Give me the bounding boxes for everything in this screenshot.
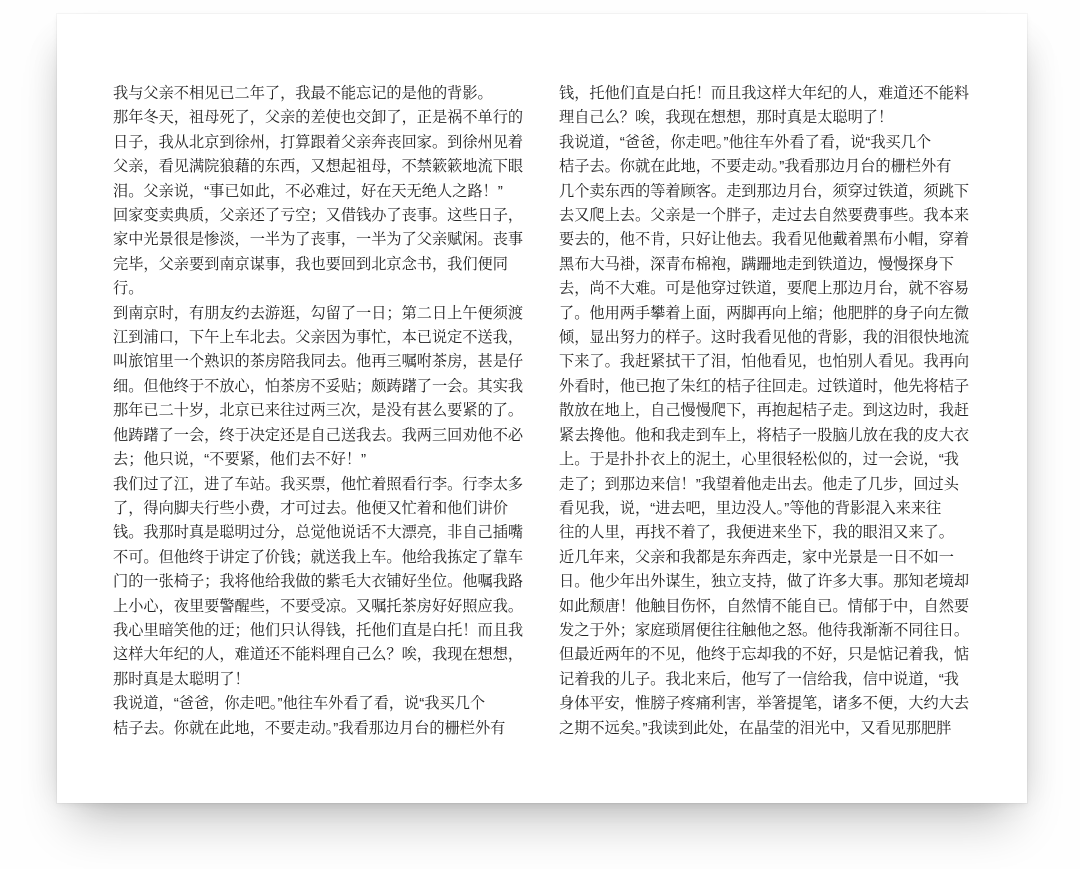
text-line: 散放在地上，自己慢慢爬下，再抱起桔子走。到这边时，我赶 xyxy=(559,399,971,423)
text-line: 我心里暗笑他的迂；他们只认得钱，托他们直是白托！而且我 xyxy=(113,619,525,643)
text-line: 我与父亲不相见已二年了，我最不能忘记的是他的背影。 xyxy=(113,82,525,106)
document-page: 我与父亲不相见已二年了，我最不能忘记的是他的背影。那年冬天，祖母死了，父亲的差使… xyxy=(57,14,1027,803)
text-line: 那时真是太聪明了！ xyxy=(113,668,525,692)
text-line: 细。但他终于不放心，怕茶房不妥贴；颇踌躇了一会。其实我 xyxy=(113,375,525,399)
text-line: 理自己么？唉，我现在想想，那时真是太聪明了！ xyxy=(559,106,971,130)
text-line: 行。 xyxy=(113,277,525,301)
text-line: 日。他少年出外谋生，独立支持，做了许多大事。那知老境却 xyxy=(559,570,971,594)
text-line: 身体平安，惟膀子疼痛利害，举箸提笔，诸多不便，大约大去 xyxy=(559,692,971,716)
text-line: 上。于是扑扑衣上的泥土，心里很轻松似的，过一会说，“我 xyxy=(559,448,971,472)
text-line: 到南京时，有朋友约去游逛，勾留了一日；第二日上午便须渡 xyxy=(113,302,525,326)
text-line: 走了；到那边来信！”我望着他走出去。他走了几步，回过头 xyxy=(559,473,971,497)
text-line: 不可。但他终于讲定了价钱；就送我上车。他给我拣定了靠车 xyxy=(113,546,525,570)
text-line: 回家变卖典质，父亲还了亏空；又借钱办了丧事。这些日子， xyxy=(113,204,525,228)
text-line: 如此颓唐！他触目伤怀，自然情不能自已。情郁于中，自然要 xyxy=(559,595,971,619)
text-line: 紧去搀他。他和我走到车上，将桔子一股脑儿放在我的皮大衣 xyxy=(559,424,971,448)
text-line: 泪。父亲说，“事已如此，不必难过，好在天无绝人之路！” xyxy=(113,180,525,204)
text-line: 日子，我从北京到徐州，打算跟着父亲奔丧回家。到徐州见着 xyxy=(113,131,525,155)
text-column-left: 我与父亲不相见已二年了，我最不能忘记的是他的背影。那年冬天，祖母死了，父亲的差使… xyxy=(113,82,525,803)
text-line: 我们过了江，进了车站。我买票，他忙着照看行李。行李太多 xyxy=(113,473,525,497)
text-line: 父亲，看见满院狼藉的东西，又想起祖母，不禁簌簌地流下眼 xyxy=(113,155,525,179)
text-line: 去；他只说，“不要紧，他们去不好！” xyxy=(113,448,525,472)
text-line: 那年已二十岁，北京已来往过两三次，是没有甚么要紧的了。 xyxy=(113,399,525,423)
text-line: 外看时，他已抱了朱红的桔子往回走。过铁道时，他先将桔子 xyxy=(559,375,971,399)
text-line: 倾，显出努力的样子。这时我看见他的背影，我的泪很快地流 xyxy=(559,326,971,350)
text-line: 黑布大马褂，深青布棉袍，蹒跚地走到铁道边，慢慢探身下 xyxy=(559,253,971,277)
text-line: 家中光景很是惨淡，一半为了丧事，一半为了父亲赋闲。丧事 xyxy=(113,228,525,252)
text-line: 去，尚不大难。可是他穿过铁道，要爬上那边月台，就不容易 xyxy=(559,277,971,301)
text-line: 几个卖东西的等着顾客。走到那边月台，须穿过铁道，须跳下 xyxy=(559,180,971,204)
canvas-background: 我与父亲不相见已二年了，我最不能忘记的是他的背影。那年冬天，祖母死了，父亲的差使… xyxy=(0,0,1080,869)
text-line: 要去的，他不肯，只好让他去。我看见他戴着黑布小帽，穿着 xyxy=(559,228,971,252)
text-line: 之期不远矣。”我读到此处，在晶莹的泪光中，又看见那肥胖 xyxy=(559,717,971,741)
text-line: 发之于外；家庭琐屑便往往触他之怒。他待我渐渐不同往日。 xyxy=(559,619,971,643)
text-line: 这样大年纪的人，难道还不能料理自己么？唉，我现在想想， xyxy=(113,643,525,667)
text-column-right: 钱，托他们直是白托！而且我这样大年纪的人，难道还不能料理自己么？唉，我现在想想，… xyxy=(559,82,971,803)
text-line: 往的人里，再找不着了，我便进来坐下，我的眼泪又来了。 xyxy=(559,521,971,545)
text-line: 了，得向脚夫行些小费，才可过去。他便又忙着和他们讲价 xyxy=(113,497,525,521)
text-line: 上小心，夜里要警醒些，不要受凉。又嘱托茶房好好照应我。 xyxy=(113,595,525,619)
text-line: 钱。我那时真是聪明过分，总觉他说话不大漂亮，非自己插嘴 xyxy=(113,521,525,545)
text-line: 去又爬上去。父亲是一个胖子，走过去自然要费事些。我本来 xyxy=(559,204,971,228)
text-line: 他踌躇了一会，终于决定还是自己送我去。我两三回劝他不必 xyxy=(113,424,525,448)
text-line: 完毕，父亲要到南京谋事，我也要回到北京念书，我们便同 xyxy=(113,253,525,277)
text-line: 江到浦口，下午上车北去。父亲因为事忙，本已说定不送我， xyxy=(113,326,525,350)
text-line: 门的一张椅子；我将他给我做的紫毛大衣铺好坐位。他嘱我路 xyxy=(113,570,525,594)
text-line: 我说道，“爸爸，你走吧。”他往车外看了看，说“我买几个 xyxy=(113,692,525,716)
text-line: 下来了。我赶紧拭干了泪，怕他看见，也怕别人看见。我再向 xyxy=(559,350,971,374)
text-line: 但最近两年的不见，他终于忘却我的不好，只是惦记着我，惦 xyxy=(559,643,971,667)
text-line: 看见我，说，“进去吧，里边没人。”等他的背影混入来来往 xyxy=(559,497,971,521)
text-line: 记着我的儿子。我北来后，他写了一信给我，信中说道，“我 xyxy=(559,668,971,692)
text-line: 了。他用两手攀着上面，两脚再向上缩；他肥胖的身子向左微 xyxy=(559,302,971,326)
text-line: 近几年来，父亲和我都是东奔西走，家中光景是一日不如一 xyxy=(559,546,971,570)
text-line: 叫旅馆里一个熟识的茶房陪我同去。他再三嘱咐茶房，甚是仔 xyxy=(113,350,525,374)
text-line: 那年冬天，祖母死了，父亲的差使也交卸了，正是祸不单行的 xyxy=(113,106,525,130)
text-line: 桔子去。你就在此地，不要走动。”我看那边月台的栅栏外有 xyxy=(113,717,525,741)
text-line: 桔子去。你就在此地，不要走动。”我看那边月台的栅栏外有 xyxy=(559,155,971,179)
text-line: 钱，托他们直是白托！而且我这样大年纪的人，难道还不能料 xyxy=(559,82,971,106)
text-line: 我说道，“爸爸，你走吧。”他往车外看了看，说“我买几个 xyxy=(559,131,971,155)
